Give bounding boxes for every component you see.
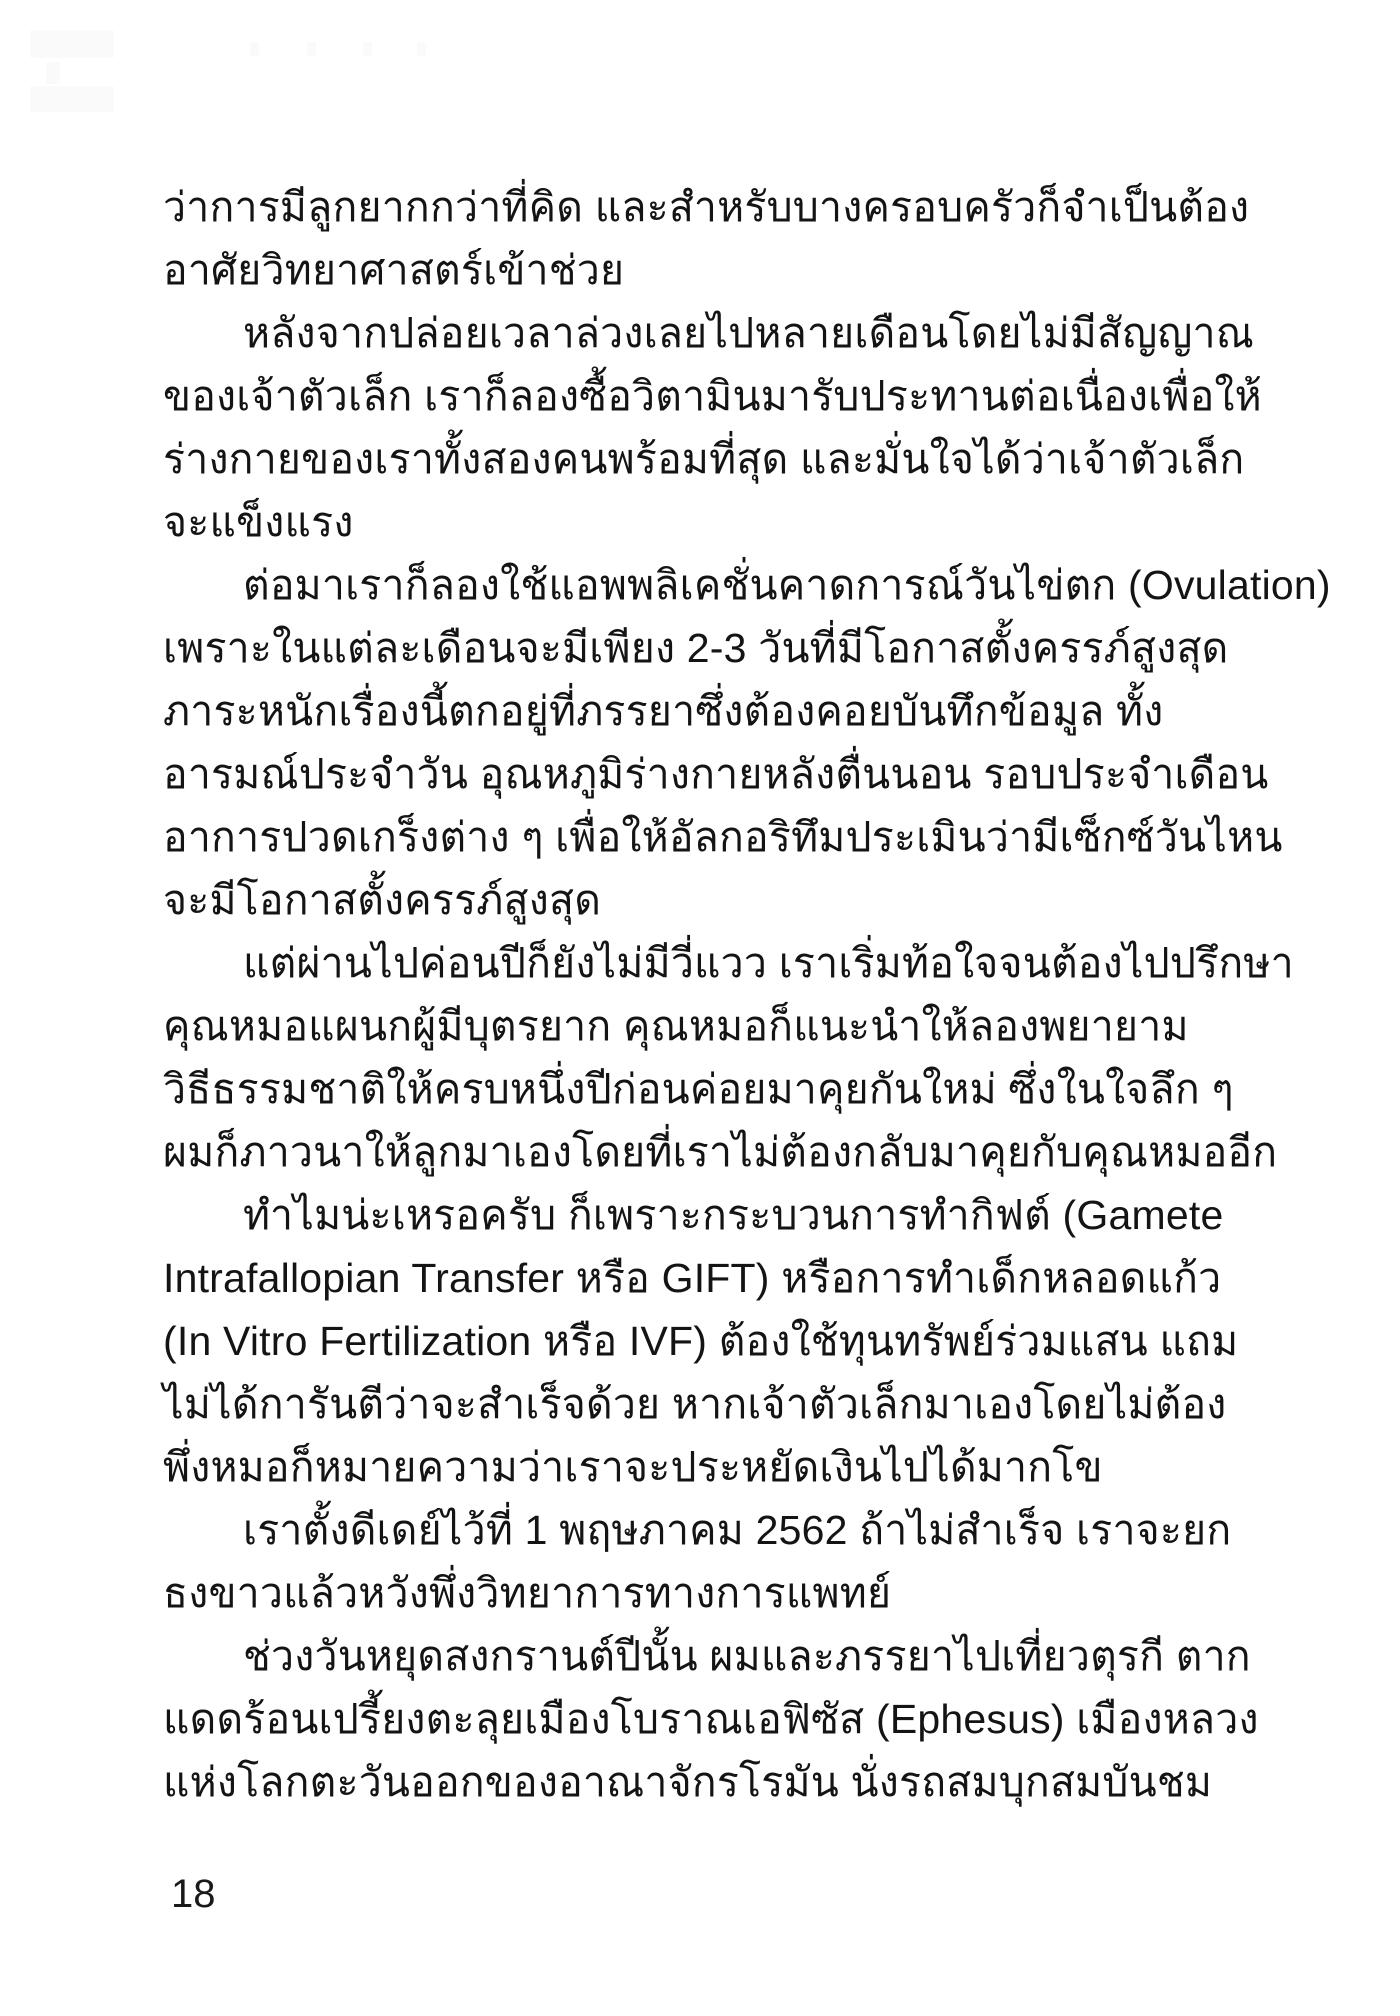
text-line: เราตั้งดีเดย์ไว้ที่ 1 พฤษภาคม 2562 ถ้าไม… xyxy=(163,1499,1103,1562)
text-line: ต่อมาเราก็ลองใช้แอพพลิเคชั่นคาดการณ์วันไ… xyxy=(163,554,1103,617)
text-line: ว่าการมีลูกยากกว่าที่คิด และสำหรับบางครอ… xyxy=(163,176,1103,239)
show-through-artifact xyxy=(250,42,259,56)
book-page: ว่าการมีลูกยากกว่าที่คิด และสำหรับบางครอ… xyxy=(0,0,1400,2016)
text-line: คุณหมอแผนกผู้มีบุตรยาก คุณหมอก็แนะนำให้ล… xyxy=(163,995,1103,1058)
text-line: อาศัยวิทยาศาสตร์เข้าช่วย xyxy=(163,239,1103,302)
text-line: อาการปวดเกร็งต่าง ๆ เพื่อให้อัลกอริทึมปร… xyxy=(163,806,1103,869)
show-through-artifact xyxy=(417,42,426,56)
text-line: ภาระหนักเรื่องนี้ตกอยู่ที่ภรรยาซึ่งต้องค… xyxy=(163,680,1103,743)
text-line: แดดร้อนเปรี้ยงตะลุยเมืองโบราณเอฟิซัส (Ep… xyxy=(163,1688,1103,1751)
show-through-artifact xyxy=(46,62,60,84)
text-line: อารมณ์ประจำวัน อุณหภูมิร่างกายหลังตื่นนอ… xyxy=(163,743,1103,806)
text-line: (In Vitro Fertilization หรือ IVF) ต้องใช… xyxy=(163,1310,1103,1373)
text-line: ของเจ้าตัวเล็ก เราก็ลองซื้อวิตามินมารับป… xyxy=(163,365,1103,428)
text-line: จะมีโอกาสตั้งครรภ์สูงสุด xyxy=(163,869,1103,932)
text-line: หลังจากปล่อยเวลาล่วงเลยไปหลายเดือนโดยไม่… xyxy=(163,302,1103,365)
text-line: ไม่ได้การันตีว่าจะสำเร็จด้วย หากเจ้าตัวเ… xyxy=(163,1373,1103,1436)
text-line: วิธีธรรมชาติให้ครบหนึ่งปีก่อนค่อยมาคุยกั… xyxy=(163,1058,1103,1121)
text-line: พึ่งหมอก็หมายความว่าเราจะประหยัดเงินไปได… xyxy=(163,1436,1103,1499)
show-through-artifact xyxy=(307,42,316,56)
text-line: แต่ผ่านไปค่อนปีก็ยังไม่มีวี่แวว เราเริ่ม… xyxy=(163,932,1103,995)
page-number: 18 xyxy=(171,1872,216,1916)
text-line: เพราะในแต่ละเดือนจะมีเพียง 2-3 วันที่มีโ… xyxy=(163,617,1103,680)
show-through-artifact xyxy=(363,42,372,56)
text-line: ร่างกายของเราทั้งสองคนพร้อมที่สุด และมั่… xyxy=(163,428,1103,491)
show-through-artifact xyxy=(30,86,114,112)
text-line: แห่งโลกตะวันออกของอาณาจักรโรมัน นั่งรถสม… xyxy=(163,1751,1103,1814)
text-line: Intrafallopian Transfer หรือ GIFT) หรือก… xyxy=(163,1247,1103,1310)
text-line: จะแข็งแรง xyxy=(163,491,1103,554)
body-text: ว่าการมีลูกยากกว่าที่คิด และสำหรับบางครอ… xyxy=(163,176,1103,1814)
text-line: ช่วงวันหยุดสงกรานต์ปีนั้น ผมและภรรยาไปเท… xyxy=(163,1625,1103,1688)
text-line: ธงขาวแล้วหวังพึ่งวิทยาการทางการแพทย์ xyxy=(163,1562,1103,1625)
text-line: ผมก็ภาวนาให้ลูกมาเองโดยที่เราไม่ต้องกลับ… xyxy=(163,1121,1103,1184)
text-line: ทำไมน่ะเหรอครับ ก็เพราะกระบวนการทำกิฟต์ … xyxy=(163,1184,1103,1247)
show-through-artifact xyxy=(30,30,114,58)
